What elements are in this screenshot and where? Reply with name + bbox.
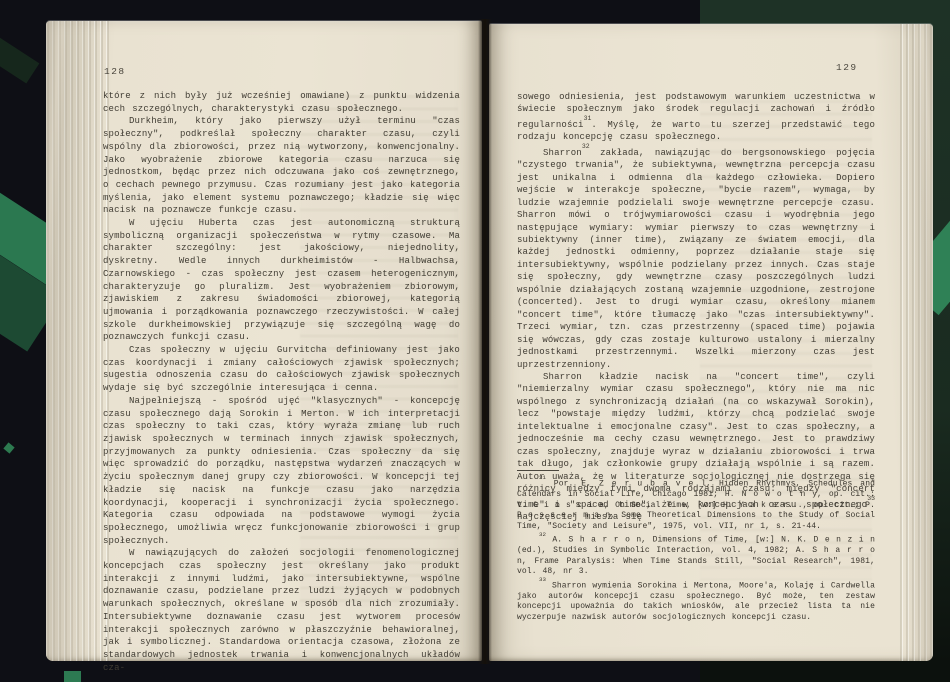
right-page-number: 129 [836,62,858,73]
green-stripe-corner [0,29,39,84]
green-chip-bottom [64,671,81,682]
left-page-text: które z nich były już wcześniej omawiane… [103,90,460,674]
footnote: 32 A. S h a r r o n, Dimensions of Time,… [517,532,875,578]
right-page-text: sowego odniesienia, jest podstawowym war… [517,91,875,523]
footnotes-section: 31 Por. E. Z e r u b a v e l, Hidden Rhy… [517,470,875,623]
footnotes-list: 31 Por. E. Z e r u b a v e l, Hidden Rhy… [517,476,875,623]
footnote-marker: 33 [539,576,546,583]
page-fore-edge-right [899,24,933,661]
footnote-ref: 32 [582,143,590,150]
footnote-marker: 32 [539,531,546,538]
book-scan-photo: 128 129 które z nich były już wcześniej … [0,0,950,682]
paragraph: Czas społeczny w ujęciu Gurvitcha defini… [103,344,460,395]
paragraph: sowego odniesienia, jest podstawowym war… [517,91,875,144]
footnote: 33 Sharron wymienia Sorokina i Mertona, … [517,578,875,624]
paragraph: Najpełniejszą - spośród ujęć "klasycznyc… [103,395,460,547]
paragraph: które z nich były już wcześniej omawiane… [103,90,460,115]
footnote-marker: 31 [539,474,546,481]
page-fore-edge-left [46,21,110,661]
footnote-ref: 31 [584,115,592,122]
paragraph: W ujęciu Huberta czas jest autonomiczną … [103,217,460,344]
left-page-number: 128 [104,66,126,77]
green-dot [3,442,14,453]
footnote-separator [517,470,559,471]
paragraph: W nawiązujących do założeń socjologii fe… [103,547,460,674]
book-spine-gap [478,19,492,664]
paragraph: Durkheim, który jako pierwszy użył termi… [103,115,460,217]
footnote: 31 Por. E. Z e r u b a v e l, Hidden Rhy… [517,476,875,532]
paragraph: Sharron32 zakłada, nawiązując do bergson… [517,144,875,371]
